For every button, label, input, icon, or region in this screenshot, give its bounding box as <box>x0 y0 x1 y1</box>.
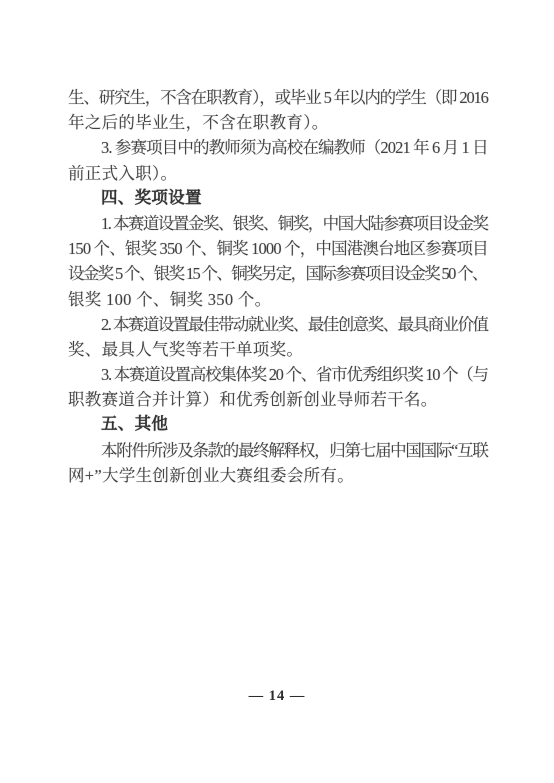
text-line: 1. 本赛道设置金奖、银奖、铜奖，中国大陆参赛项目设金奖 <box>68 211 489 236</box>
document-page: 生、研究生，不含在职教育），或毕业 5 年以内的学生（即 2016年之后的毕业生… <box>0 0 554 783</box>
text-line: 生、研究生，不含在职教育），或毕业 5 年以内的学生（即 2016 <box>68 85 489 110</box>
page-number: — 14 — <box>0 688 554 705</box>
text-line: 2. 本赛道设置最佳带动就业奖、最佳创意奖、最具商业价值 <box>68 312 489 337</box>
text-line: 职教赛道合并计算）和优秀创新创业导师若干名。 <box>68 387 489 412</box>
text-line: 150 个、银奖 350 个、铜奖 1000 个，中国港澳台地区参赛项目 <box>68 236 489 261</box>
text-line: 前正式入职）。 <box>68 161 489 186</box>
document-body-text: 生、研究生，不含在职教育），或毕业 5 年以内的学生（即 2016年之后的毕业生… <box>68 85 489 488</box>
text-line: 银奖 100 个、铜奖 350 个。 <box>68 287 489 312</box>
text-line: 设金奖 5 个、银奖 15 个、铜奖另定，国际参赛项目设金奖 50 个、 <box>68 261 489 286</box>
text-line: 3. 本赛道设置高校集体奖 20 个、省市优秀组织奖 10 个（与 <box>68 362 489 387</box>
text-line: 本附件所涉及条款的最终解释权，归第七届中国国际“互联 <box>68 438 489 463</box>
text-line: 网+”大学生创新创业大赛组委会所有。 <box>68 463 489 488</box>
section-heading: 五、其他 <box>68 412 489 437</box>
section-heading: 四、奖项设置 <box>68 186 489 211</box>
text-line: 年之后的毕业生，不含在职教育）。 <box>68 110 489 135</box>
text-line: 3. 参赛项目中的教师须为高校在编教师（2021 年 6 月 1 日 <box>68 135 489 160</box>
text-line: 奖、最具人气奖等若干单项奖。 <box>68 337 489 362</box>
